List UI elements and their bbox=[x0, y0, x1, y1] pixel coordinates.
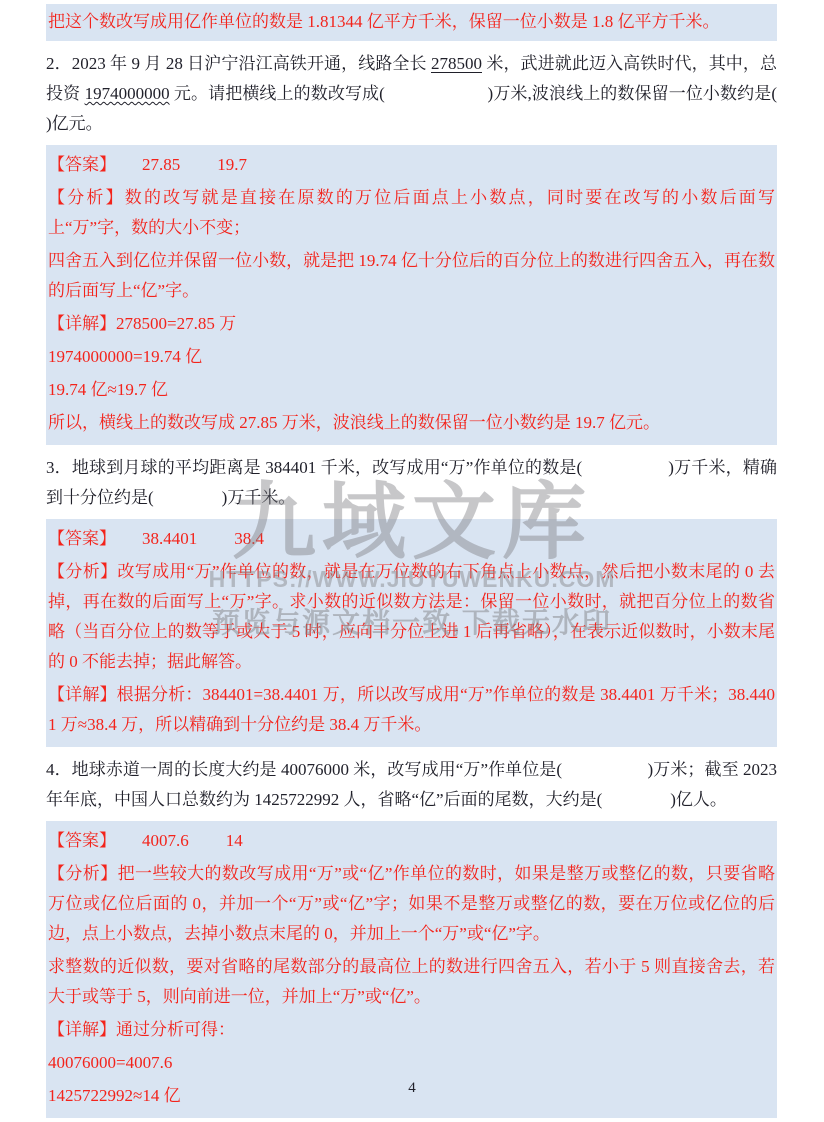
question-2-wavy-number: 1974000000 bbox=[85, 84, 170, 103]
detail-paragraph: 【详解】通过分析可得： bbox=[48, 1015, 775, 1045]
question-3-answer-block: 【答案】38.440138.4 【分析】改写成用“万”作单位的数，就是在万位数的… bbox=[46, 519, 777, 747]
answer-row: 【答案】4007.614 bbox=[48, 826, 775, 856]
intro-answer-highlight-block: 把这个数改写成用亿作单位的数是 1.81344 亿平方千米，保留一位小数是 1.… bbox=[46, 4, 777, 41]
answer-value-2: 38.4 bbox=[234, 529, 264, 548]
answer-label: 【答案】 bbox=[48, 831, 116, 850]
answer-value-1: 27.85 bbox=[142, 155, 180, 174]
question-2-underlined-number: 278500 bbox=[431, 54, 482, 73]
answer-label: 【答案】 bbox=[48, 529, 116, 548]
detail-paragraph: 【详解】278500=27.85 万 bbox=[48, 309, 775, 339]
question-4-answer-block: 【答案】4007.614 【分析】把一些较大的数改写成用“万”或“亿”作单位的数… bbox=[46, 821, 777, 1118]
analysis-paragraph: 【分析】改写成用“万”作单位的数，就是在万位数的右下角点上小数点，然后把小数末尾… bbox=[48, 557, 775, 677]
intro-answer-text: 把这个数改写成用亿作单位的数是 1.81344 亿平方千米，保留一位小数是 1.… bbox=[48, 7, 775, 37]
detail-paragraph: 【详解】根据分析：384401=38.4401 万，所以改写成用“万”作单位的数… bbox=[48, 680, 775, 740]
answer-row: 【答案】38.440138.4 bbox=[48, 524, 775, 554]
detail-paragraph: 所以，横线上的数改写成 27.85 万米，波浪线上的数保留一位小数约是 19.7… bbox=[48, 408, 775, 438]
question-2-answer-block: 【答案】27.8519.7 【分析】数的改写就是直接在原数的万位后面点上小数点，… bbox=[46, 145, 777, 445]
question-4-text: 4．地球赤道一周的长度大约是 40076000 米，改写成用“万”作单位是( )… bbox=[46, 755, 777, 815]
detail-paragraph: 19.74 亿≈19.7 亿 bbox=[48, 375, 775, 405]
answer-label: 【答案】 bbox=[48, 155, 116, 174]
analysis-paragraph: 四舍五入到亿位并保留一位小数，就是把 19.74 亿十分位后的百分位上的数进行四… bbox=[48, 246, 775, 306]
detail-paragraph: 1974000000=19.74 亿 bbox=[48, 342, 775, 372]
document-page-content: 把这个数改写成用亿作单位的数是 1.81344 亿平方千米，保留一位小数是 1.… bbox=[46, 0, 777, 1118]
answer-row: 【答案】27.8519.7 bbox=[48, 150, 775, 180]
question-2-text: 2．2023 年 9 月 28 日沪宁沿江高铁开通，线路全长 278500 米，… bbox=[46, 49, 777, 139]
question-3-text: 3．地球到月球的平均距离是 384401 千米，改写成用“万”作单位的数是( )… bbox=[46, 453, 777, 513]
analysis-paragraph: 求整数的近似数，要对省略的尾数部分的最高位上的数进行四舍五入，若小于 5 则直接… bbox=[48, 952, 775, 1012]
answer-value-2: 14 bbox=[226, 831, 243, 850]
answer-value-1: 4007.6 bbox=[142, 831, 189, 850]
answer-value-2: 19.7 bbox=[217, 155, 247, 174]
analysis-paragraph: 【分析】把一些较大的数改写成用“万”或“亿”作单位的数时，如果是整万或整亿的数，… bbox=[48, 859, 775, 949]
detail-paragraph: 40076000=4007.6 bbox=[48, 1048, 775, 1078]
analysis-paragraph: 【分析】数的改写就是直接在原数的万位后面点上小数点，同时要在改写的小数后面写上“… bbox=[48, 183, 775, 243]
question-2-seg1: 2．2023 年 9 月 28 日沪宁沿江高铁开通，线路全长 bbox=[46, 54, 431, 73]
answer-value-1: 38.4401 bbox=[142, 529, 197, 548]
page-number: 4 bbox=[0, 1080, 824, 1097]
